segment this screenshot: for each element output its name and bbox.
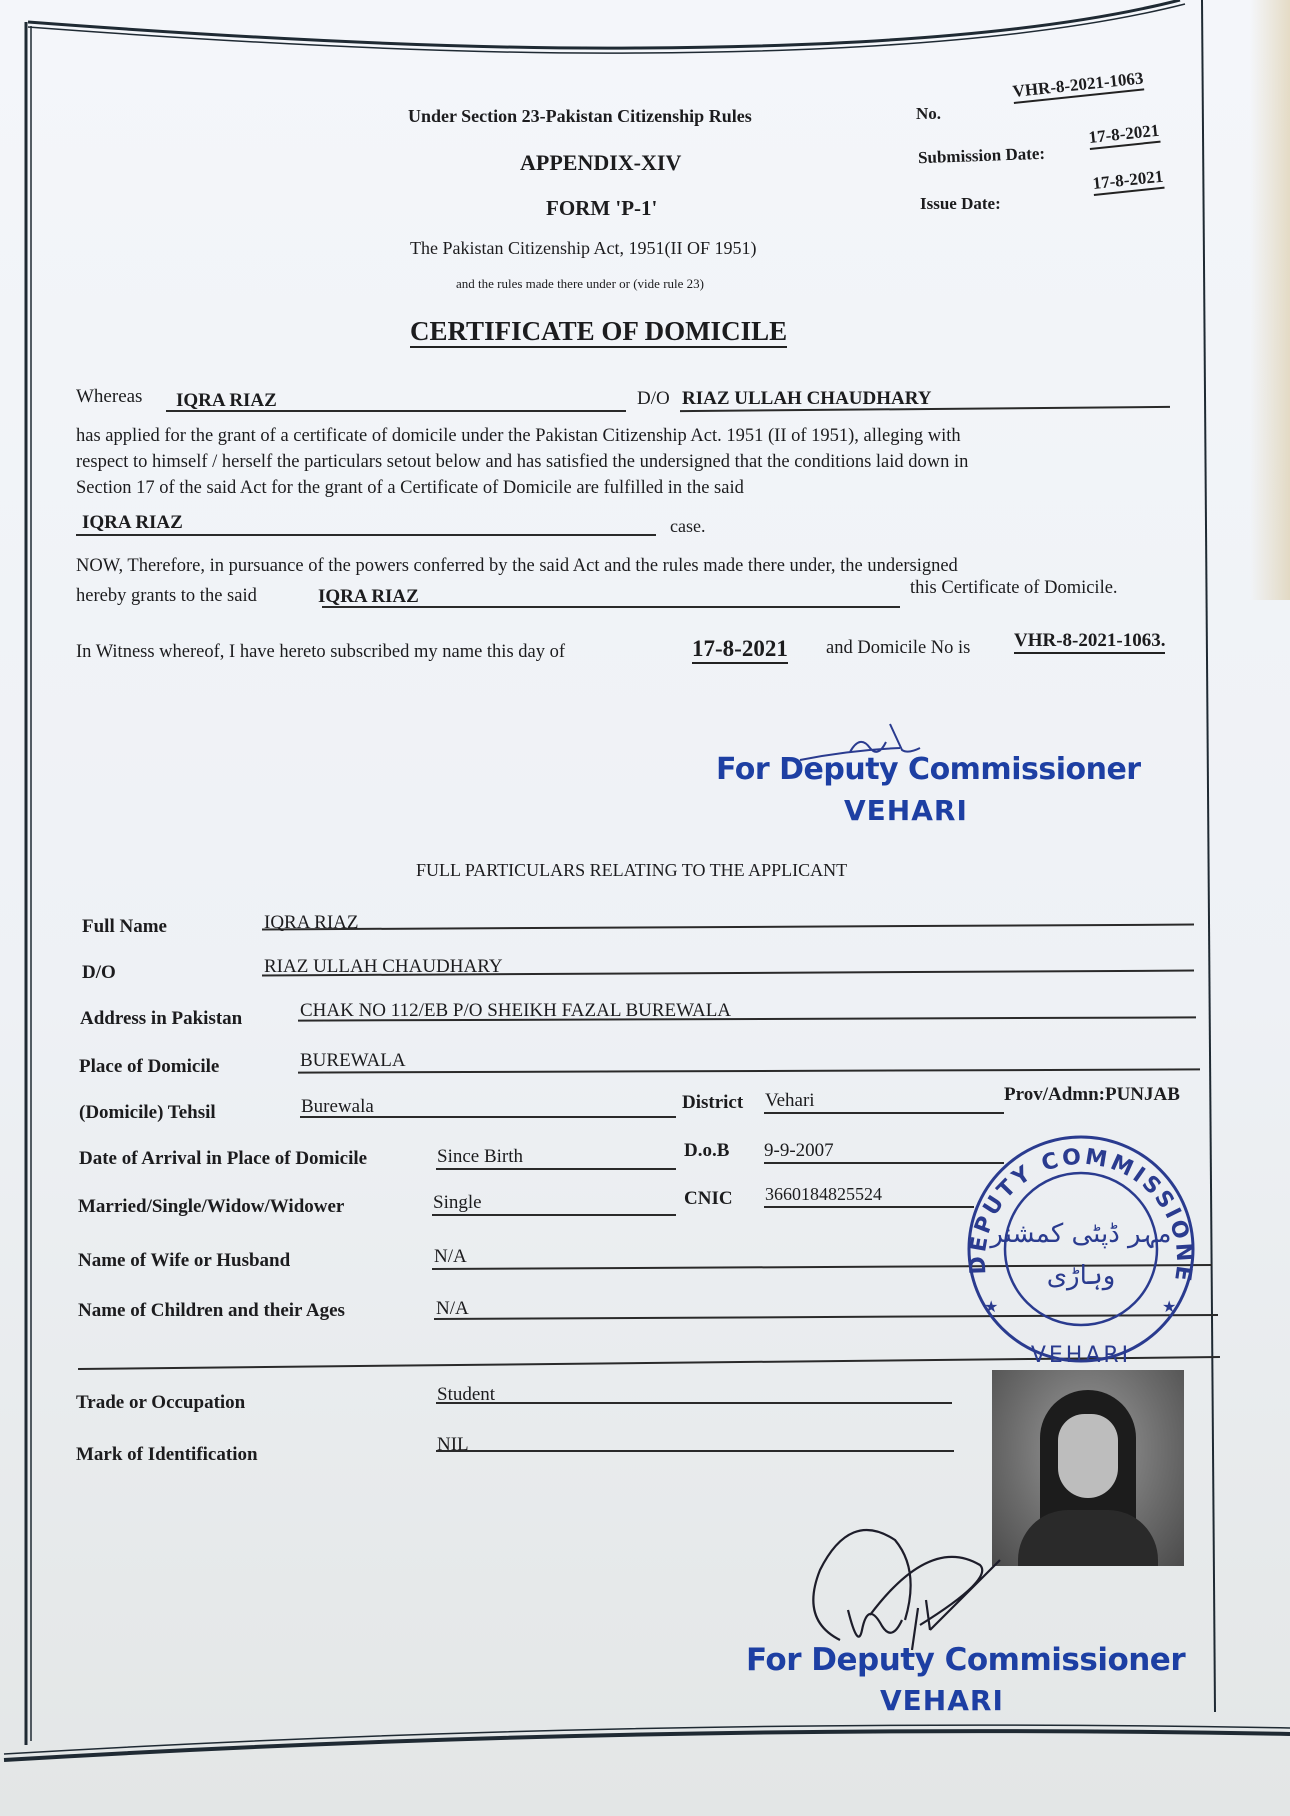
do-field-label: D/O (82, 962, 116, 984)
identification-mark-value: NIL (437, 1434, 469, 1456)
cnic-label: CNIC (684, 1188, 733, 1210)
stamp-top-line-2: VEHARI (844, 794, 968, 827)
witness-date: 17-8-2021 (692, 636, 788, 664)
paragraph-2-suffix: this Certificate of Domicile. (910, 578, 1118, 599)
grant-name: IQRA RIAZ (318, 586, 419, 608)
applicant-photo (992, 1370, 1184, 1566)
father-name: RIAZ ULLAH CHAUDHARY (682, 388, 932, 410)
svg-text:★: ★ (1162, 1297, 1176, 1316)
number-label: No. (916, 104, 941, 124)
whereas-name: IQRA RIAZ (176, 390, 277, 412)
domicile-number: VHR-8-2021-1063. (1014, 630, 1165, 654)
witness-text: In Witness whereof, I have hereto subscr… (76, 642, 565, 663)
district-label: District (682, 1092, 743, 1114)
place-of-domicile-label: Place of Domicile (79, 1056, 219, 1078)
province: Prov/Admn:PUNJAB (1004, 1084, 1180, 1106)
whereas-label: Whereas (76, 386, 142, 408)
spouse-value: N/A (434, 1246, 467, 1268)
dob-label: D.o.B (684, 1140, 729, 1162)
paragraph-2-line-1: NOW, Therefore, in pursuance of the powe… (76, 556, 958, 577)
seal-urdu-line-1: مہر ڈپٹی کمشنر (988, 1219, 1171, 1249)
seal-bottom-text: VEHARI (1031, 1343, 1131, 1368)
paragraph-1-line-2: respect to himself / herself the particu… (76, 452, 968, 473)
rules-reference: and the rules made there under or (vide … (456, 276, 704, 292)
paragraph-1-line-3: Section 17 of the said Act for the grant… (76, 478, 744, 499)
spouse-label: Name of Wife or Husband (78, 1250, 290, 1272)
full-name-label: Full Name (82, 916, 167, 938)
deputy-commissioner-seal: DEPUTY COMMISSIONER ★ ★ VEHARI مہر ڈپٹی … (956, 1124, 1206, 1374)
paragraph-1-line-1: has applied for the grant of a certifica… (76, 426, 961, 447)
paragraph-2-prefix: hereby grants to the said (76, 586, 257, 607)
occupation-label: Trade or Occupation (76, 1392, 245, 1414)
address-value: CHAK NO 112/EB P/O SHEIKH FAZAL BUREWALA (300, 1000, 731, 1022)
occupation-value: Student (437, 1384, 495, 1406)
domicile-number-label: and Domicile No is (826, 638, 970, 659)
svg-text:★: ★ (984, 1297, 998, 1316)
stamp-bottom-line-1: For Deputy Commissioner (746, 1642, 1185, 1678)
tehsil-value: Burewala (301, 1096, 374, 1118)
appendix-label: APPENDIX-XIV (520, 150, 681, 176)
arrival-value: Since Birth (437, 1146, 523, 1168)
place-of-domicile-value: BUREWALA (300, 1050, 406, 1072)
arrival-label: Date of Arrival in Place of Domicile (79, 1148, 367, 1170)
issue-date-label: Issue Date: (920, 194, 1001, 214)
certificate-title: CERTIFICATE OF DOMICILE (410, 316, 787, 348)
case-name: IQRA RIAZ (82, 512, 183, 534)
stamp-top-line-1: For Deputy Commissioner (716, 752, 1141, 787)
identification-mark-label: Mark of Identification (76, 1444, 258, 1466)
do-label: D/O (637, 388, 670, 410)
rule-reference: Under Section 23-Pakistan Citizenship Ru… (408, 106, 752, 127)
stamp-bottom-line-2: VEHARI (880, 1684, 1004, 1717)
form-label: FORM 'P-1' (546, 196, 657, 221)
children-value: N/A (436, 1298, 469, 1320)
seal-urdu-line-2: وہاڑی (1047, 1261, 1116, 1291)
full-name-value: IQRA RIAZ (264, 912, 358, 934)
children-label: Name of Children and their Ages (78, 1300, 345, 1322)
act-reference: The Pakistan Citizenship Act, 1951(II OF… (410, 238, 756, 259)
district-value: Vehari (765, 1090, 815, 1112)
address-label: Address in Pakistan (80, 1008, 242, 1030)
do-field-value: RIAZ ULLAH CHAUDHARY (264, 956, 503, 978)
marital-status-label: Married/Single/Widow/Widower (78, 1196, 344, 1218)
marital-status-value: Single (433, 1192, 482, 1214)
tehsil-label: (Domicile) Tehsil (79, 1102, 216, 1124)
dob-value: 9-9-2007 (764, 1140, 834, 1162)
particulars-heading: FULL PARTICULARS RELATING TO THE APPLICA… (416, 860, 847, 881)
cnic-value: 3660184825524 (765, 1184, 882, 1205)
case-label: case. (670, 516, 705, 537)
